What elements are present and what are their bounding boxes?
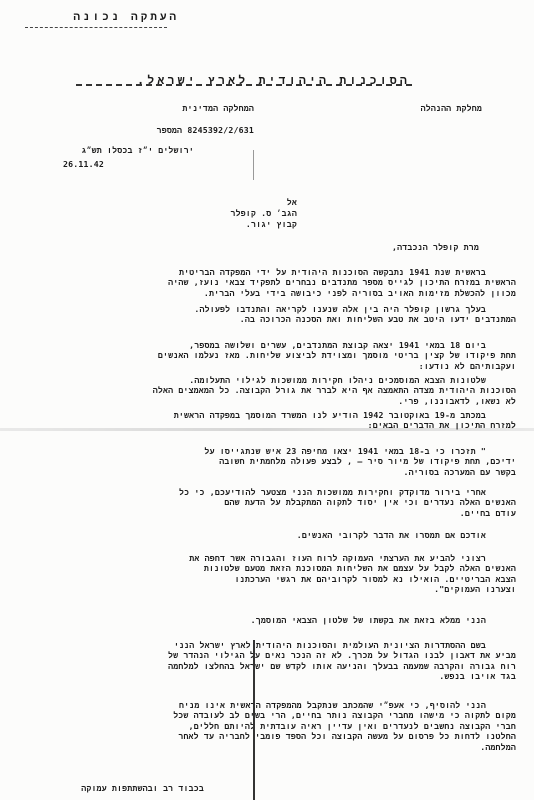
salutation: מרת קופלר הנכבדה, xyxy=(392,242,479,252)
paragraph-line: מכוון להכשלת מזימות האויב בסוריה לפני כי… xyxy=(168,288,516,298)
paragraph-line: לא נשאו, לדאבוננו, פרי. xyxy=(153,396,516,406)
paragraph-line: תחת פיקודו של קצין בריטי מוסמך ומצוידת ל… xyxy=(158,350,516,360)
paragraph-line: ביום 18 במאי 1941 יצאה קבוצת המתנדבים, ע… xyxy=(158,340,516,350)
recipient-name: הגב׳ ס. קופלר xyxy=(230,208,297,218)
paragraph-line: מביע את דאבון לבנו הגדול על מכרך. לא זה … xyxy=(168,650,516,660)
reference-label: המספר xyxy=(157,125,183,135)
organization-title-underline xyxy=(76,84,412,86)
closing-line: בכבוד רב ובהשתתפות עמוקה xyxy=(81,783,204,793)
paragraph: בשם ההסתדרות הציונית העולמית והסוכנות הי… xyxy=(168,640,516,682)
paragraph: שלטונות הצבא המוסמכים ניהלו חקירות ממושכ… xyxy=(153,375,516,406)
paragraph-line: האנשים האלה נעדרים וכי אין יסוד לתקוה המ… xyxy=(179,497,516,507)
paragraph: אחרי בירור מדוקדק וחקירות ממושכות הנני מ… xyxy=(179,487,516,518)
paragraph-line: הסוכנות היהודית מצדה התאמצה אף היא לברר … xyxy=(153,385,516,395)
paragraph-line: חברי הקבוצה נחשבים לנעדרים ואין עדיין רא… xyxy=(173,721,516,731)
paragraph-line: שלטונות הצבא המוסמכים ניהלו חקירות ממושכ… xyxy=(153,375,516,385)
reference-number-value: 8245392/2/631 xyxy=(187,125,254,135)
paragraph-line: אודכם אם תמסרו את הדבר לקרובי האנשים. xyxy=(297,530,516,540)
paragraph-line: הנני ממלא בזאת את בקשתו של שלטון הצבאי ה… xyxy=(251,615,516,625)
paragraph-line: ידיכם, תחת פיקודו של מיור סיר — , לבצע פ… xyxy=(204,456,516,466)
paragraph-line: וצערנו העמוקים". xyxy=(189,584,516,594)
paragraph: הנני ממלא בזאת את בקשתו של שלטון הצבאי ה… xyxy=(251,615,516,625)
paragraph-line: עודם בחיים. xyxy=(179,508,516,518)
paragraph-line: בראשית שנת 1941 נתבקשה הסוכנות היהודית ע… xyxy=(168,267,516,277)
fold-mark xyxy=(253,150,254,180)
recipient-place: קבוץ יגור. xyxy=(246,219,297,229)
hebrew-date: ירושלים י״ז בכסלו תש״ג xyxy=(81,145,194,155)
department-label: מחלקת ההנהלה xyxy=(421,103,482,113)
paragraph-line: ועקבותיהם לא נודעו: xyxy=(158,361,516,371)
paragraph-line: הראשית במזרח התיכון לגייס מספר מתנדבים נ… xyxy=(168,277,516,287)
paragraph: ביום 18 במאי 1941 יצאה קבוצת המתנדבים, ע… xyxy=(158,340,516,371)
paragraph: בעלך גרשון קופלר היה בין אלה שנענו לקריא… xyxy=(194,304,516,325)
paragraph-line: למזרח התיכון את הדברים הבאים: xyxy=(174,420,516,430)
paragraph-line: החלטנו לדחות כל פרסום על מעשה הקבוצה וכל… xyxy=(173,731,516,741)
gregorian-date: 26.11.42 xyxy=(63,159,104,169)
paragraph-line: אחרי בירור מדוקדק וחקירות ממושכות הנני מ… xyxy=(179,487,516,497)
reference-number: 8245392/2/631 המספר xyxy=(157,125,254,135)
paragraph: אודכם אם תמסרו את הדבר לקרובי האנשים. xyxy=(297,530,516,540)
paragraph-line: " תזכרו כי ב-18 במאי 1941 יצאו מחיפה 23 … xyxy=(204,446,516,456)
division-label: המחלקה המדינית xyxy=(182,103,254,113)
recipient-to: אל xyxy=(287,197,297,207)
paragraph-line: המתנדבים ידעו היטב את טבע השליחות ואת הס… xyxy=(194,314,516,324)
paragraph: בראשית שנת 1941 נתבקשה הסוכנות היהודית ע… xyxy=(168,267,516,298)
document-page: העתקה נכונה הסוכנות היהודית לארץ ישראל. … xyxy=(0,0,534,800)
fold-mark-lower xyxy=(253,640,255,800)
paragraph-line: הצבא הבריטיים. הואילו נא למסור לקרוביהם … xyxy=(189,574,516,584)
paragraph-line: בגד אויבו בנפש. xyxy=(168,671,516,681)
paragraph: הנני להוסיף, כי אעפ״י שהמכתב שנתקבל מהמפ… xyxy=(173,700,516,752)
copy-stamp: העתקה נכונה xyxy=(73,10,179,24)
paragraph: במכתב מ-19 באוקטובר 1942 הודיע לנו המשרד… xyxy=(174,410,516,431)
paragraph-line: בעלך גרשון קופלר היה בין אלה שנענו לקריא… xyxy=(194,304,516,314)
paragraph-line: בשם ההסתדרות הציונית העולמית והסוכנות הי… xyxy=(168,640,516,650)
paragraph-line: בקשר עם המערכה בסוריה. xyxy=(204,467,516,477)
paragraph-line: המלחמה. xyxy=(173,742,516,752)
paragraph-line: מקום לתקוה כי מישהו מחברי הקבוצה נותר בח… xyxy=(173,710,516,720)
paragraph: " תזכרו כי ב-18 במאי 1941 יצאו מחיפה 23 … xyxy=(204,446,516,477)
paragraph: רצוני להביע את הערצתי העמוקה לרוח העוז ו… xyxy=(189,553,516,595)
paragraph-line: הנני להוסיף, כי אעפ״י שהמכתב שנתקבל מהמפ… xyxy=(173,700,516,710)
paragraph-line: רצוני להביע את הערצתי העמוקה לרוח העוז ו… xyxy=(189,553,516,563)
copy-stamp-underline xyxy=(25,27,167,28)
paragraph-line: האנשים האלה לקבל על עצמם את השליחות המסו… xyxy=(189,563,516,573)
paragraph-line: במכתב מ-19 באוקטובר 1942 הודיע לנו המשרד… xyxy=(174,410,516,420)
paragraph-line: רוח גבורה והקרבה שמעמה בבעלך והניעה אותו… xyxy=(168,661,516,671)
